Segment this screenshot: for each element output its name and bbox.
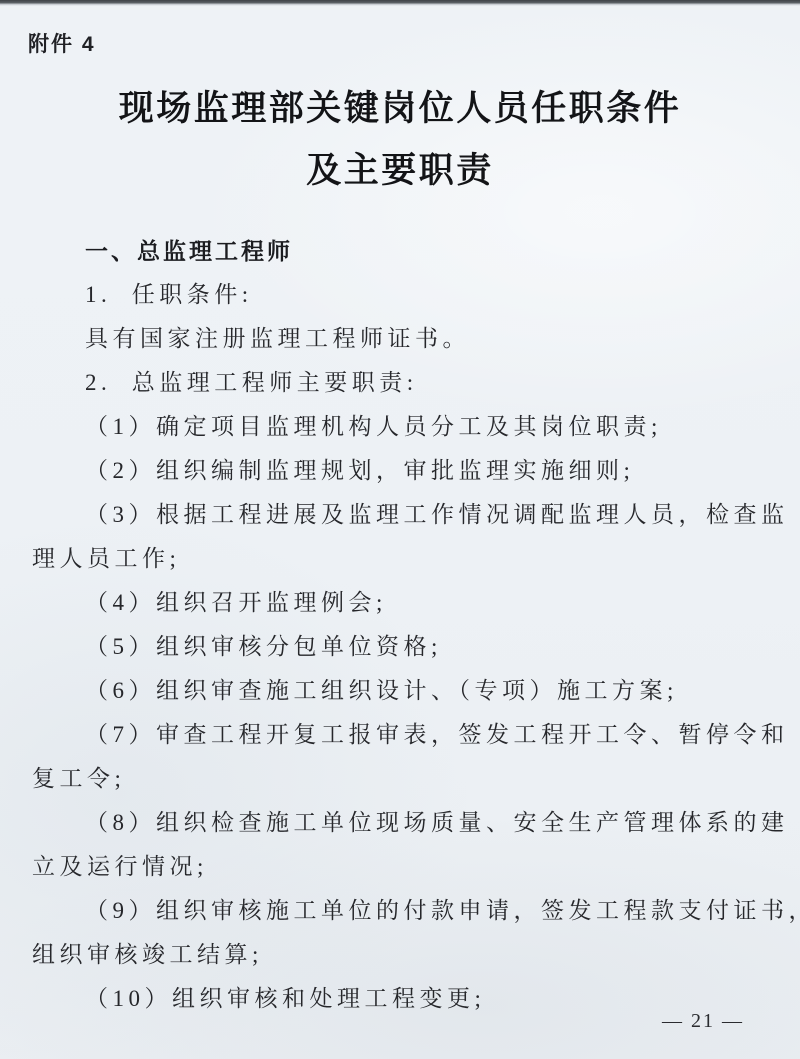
- body-text-line: （7）审查工程开复工报审表，签发工程开工令、暂停令和: [32, 713, 744, 757]
- document-title-line-1: 现场监理部关键岗位人员任职条件: [0, 78, 800, 140]
- section-heading: 一、总监理工程师: [32, 229, 744, 273]
- body-text-line: （9）组织审核施工单位的付款申请，签发工程款支付证书，: [32, 889, 744, 933]
- body-text-line: 组织审核竣工结算;: [32, 933, 744, 977]
- body-text-line: （3）根据工程进展及监理工作情况调配监理人员，检查监: [32, 493, 744, 537]
- document-title: 现场监理部关键岗位人员任职条件 及主要职责: [0, 78, 800, 202]
- page-number: — 21 —: [0, 1010, 744, 1033]
- body-text-line: （5）组织审核分包单位资格;: [32, 625, 744, 669]
- body-text-line: 立及运行情况;: [32, 845, 744, 889]
- scanned-document-page: 附件 4 现场监理部关键岗位人员任职条件 及主要职责 一、总监理工程师1. 任职…: [0, 0, 800, 1059]
- scan-edge-artifact: [0, 0, 800, 6]
- body-text-line: （6）组织审查施工组织设计、（专项）施工方案;: [32, 669, 744, 713]
- body-text-line: （4）组织召开监理例会;: [32, 581, 744, 625]
- attachment-label: 附件 4: [28, 28, 96, 58]
- document-body: 一、总监理工程师1. 任职条件:具有国家注册监理工程师证书。2. 总监理工程师主…: [32, 229, 744, 1021]
- document-title-line-2: 及主要职责: [0, 140, 800, 202]
- body-text-line: （8）组织检查施工单位现场质量、安全生产管理体系的建: [32, 801, 744, 845]
- body-text-line: 理人员工作;: [32, 537, 744, 581]
- body-text-line: 复工令;: [32, 757, 744, 801]
- body-text-line: 1. 任职条件:: [32, 273, 744, 317]
- body-text-line: （1）确定项目监理机构人员分工及其岗位职责;: [32, 405, 744, 449]
- body-text-line: 2. 总监理工程师主要职责:: [32, 361, 744, 405]
- body-text-line: （2）组织编制监理规划，审批监理实施细则;: [32, 449, 744, 493]
- body-text-line: 具有国家注册监理工程师证书。: [32, 317, 744, 361]
